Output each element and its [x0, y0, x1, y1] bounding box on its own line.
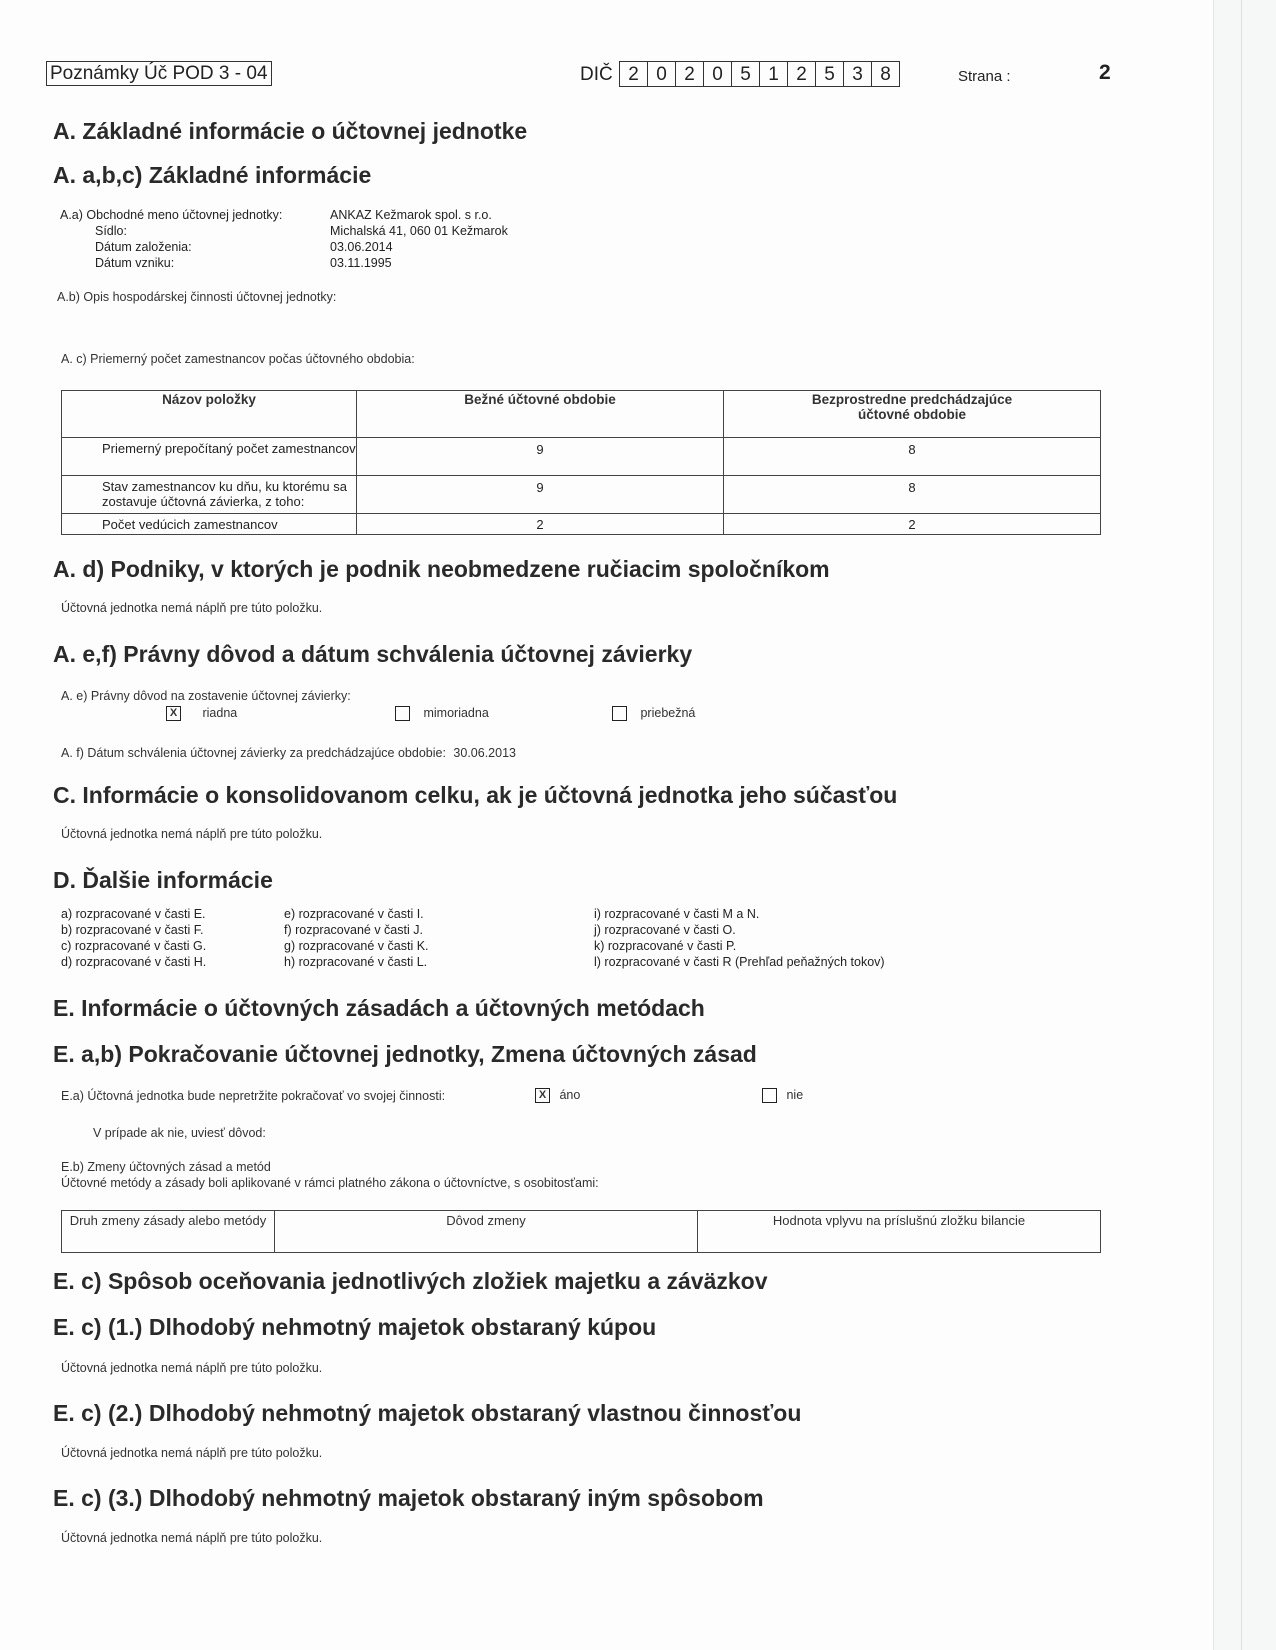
- section-e-title: E. Informácie o účtovných zásadách a účt…: [53, 995, 705, 1022]
- list-item: c) rozpracované v časti G.: [61, 938, 284, 954]
- info-label: Sídlo:: [60, 223, 330, 239]
- company-address: Michalská 41, 060 01 Kežmarok: [330, 223, 508, 239]
- column-header: Dôvod zmeny: [275, 1211, 698, 1253]
- checkbox-empty-icon[interactable]: [762, 1088, 777, 1103]
- company-name: ANKAZ Kežmarok spol. s r.o.: [330, 207, 492, 223]
- checkbox-empty-icon[interactable]: [395, 706, 410, 721]
- continuation-label: E.a) Účtovná jednotka bude nepretržite p…: [61, 1089, 445, 1103]
- dic-digit: 0: [704, 62, 732, 86]
- policy-changes-label: E.b) Zmeny účtovných zásad a metód: [61, 1160, 271, 1174]
- list-item: l) rozpracované v časti R (Prehľad peňaž…: [594, 954, 885, 970]
- dic-digit: 3: [844, 62, 872, 86]
- checkbox-empty-icon[interactable]: [612, 706, 627, 721]
- dic-number: 2 0 2 0 5 1 2 5 3 8: [619, 61, 900, 87]
- list-item: i) rozpracované v časti M a N.: [594, 906, 885, 922]
- table-header-row: Druh zmeny zásady alebo metódy Dôvod zme…: [62, 1211, 1101, 1253]
- approval-date-row: A. f) Dátum schválenia účtovnej závierky…: [61, 746, 516, 760]
- section-a-subtitle: A. a,b,c) Základné informácie: [53, 162, 371, 189]
- section-a-ef-title: A. e,f) Právny dôvod a dátum schválenia …: [53, 641, 692, 668]
- row-previous: 2: [724, 514, 1101, 535]
- checkbox-checked-icon[interactable]: X: [535, 1088, 550, 1103]
- policy-changes-text: Účtovné metódy a zásady boli aplikované …: [61, 1176, 599, 1190]
- option-label: priebežná: [640, 706, 695, 720]
- section-e-c1-title: E. c) (1.) Dlhodobý nehmotný majetok obs…: [53, 1314, 656, 1341]
- list-item: f) rozpracované v časti J.: [284, 922, 594, 938]
- dic-digit: 2: [788, 62, 816, 86]
- list-item: e) rozpracované v časti I.: [284, 906, 594, 922]
- row-name: Priemerný prepočítaný počet zamestnancov: [62, 438, 357, 476]
- founding-date: 03.06.2014: [330, 239, 393, 255]
- further-info-list: a) rozpracované v časti E. b) rozpracova…: [61, 906, 885, 970]
- option-label: mimoriadna: [423, 706, 488, 720]
- section-e-c2-title: E. c) (2.) Dlhodobý nehmotný majetok obs…: [53, 1400, 801, 1427]
- dic-label: DIČ: [580, 64, 613, 86]
- section-a-d-text: Účtovná jednotka nemá náplň pre túto pol…: [61, 601, 322, 615]
- dic-digit: 0: [648, 62, 676, 86]
- section-e-c-title: E. c) Spôsob oceňovania jednotlivých zlo…: [53, 1268, 768, 1295]
- option-nie[interactable]: nie: [762, 1088, 803, 1103]
- dic-digit: 2: [620, 62, 648, 86]
- section-c-text: Účtovná jednotka nemá náplň pre túto pol…: [61, 827, 322, 841]
- dic-digit: 5: [816, 62, 844, 86]
- column-header: Hodnota vplyvu na príslušnú zložku bilan…: [698, 1211, 1101, 1253]
- checkbox-checked-icon[interactable]: X: [166, 706, 181, 721]
- section-e-c3-text: Účtovná jednotka nemá náplň pre túto pol…: [61, 1531, 322, 1545]
- dic-digit: 1: [760, 62, 788, 86]
- dic-digit: 8: [872, 62, 899, 86]
- info-label: Dátum založenia:: [60, 239, 330, 255]
- row-name: Stav zamestnancov ku dňu, ku ktorému sa …: [62, 476, 357, 514]
- section-d-title: D. Ďalšie informácie: [53, 867, 273, 894]
- employees-table: Názov položky Bežné účtovné obdobie Bezp…: [61, 390, 1101, 535]
- policy-changes-table: Druh zmeny zásady alebo metódy Dôvod zme…: [61, 1210, 1101, 1253]
- option-label: nie: [786, 1088, 803, 1102]
- section-a-title: A. Základné informácie o účtovnej jednot…: [53, 118, 527, 145]
- row-current: 9: [357, 438, 724, 476]
- table-row: Priemerný prepočítaný počet zamestnancov…: [62, 438, 1101, 476]
- row-current: 9: [357, 476, 724, 514]
- option-ano[interactable]: X áno: [535, 1088, 580, 1103]
- scan-edge: [1213, 0, 1276, 1650]
- page-number: 2: [1099, 61, 1111, 85]
- section-e-c2-text: Účtovná jednotka nemá náplň pre túto pol…: [61, 1446, 322, 1460]
- option-priebezna[interactable]: priebežná: [612, 706, 695, 721]
- page-label: Strana :: [958, 68, 1011, 85]
- employees-label: A. c) Priemerný počet zamestnancov počas…: [61, 352, 415, 366]
- table-row: Stav zamestnancov ku dňu, ku ktorému sa …: [62, 476, 1101, 514]
- option-label: áno: [559, 1088, 580, 1102]
- form-code: Poznámky Úč POD 3 - 04: [46, 61, 272, 86]
- info-label: Dátum vzniku:: [60, 255, 330, 271]
- option-label: riadna: [202, 706, 237, 720]
- company-info: A.a) Obchodné meno účtovnej jednotky:ANK…: [60, 207, 508, 271]
- column-header: Bežné účtovné obdobie: [357, 391, 724, 438]
- row-previous: 8: [724, 476, 1101, 514]
- section-a-d-title: A. d) Podniky, v ktorých je podnik neobm…: [53, 556, 830, 583]
- column-header-text: Bezprostredne predchádzajúce účtovné obd…: [797, 392, 1027, 422]
- activity-label: A.b) Opis hospodárskej činnosti účtovnej…: [57, 290, 336, 304]
- section-e-ab-title: E. a,b) Pokračovanie účtovnej jednotky, …: [53, 1041, 757, 1068]
- legal-reason-label: A. e) Právny dôvod na zostavenie účtovne…: [61, 689, 351, 703]
- option-riadna[interactable]: X riadna: [166, 706, 237, 721]
- section-c-title: C. Informácie o konsolidovanom celku, ak…: [53, 782, 897, 809]
- list-item: k) rozpracované v časti P.: [594, 938, 885, 954]
- info-label: A.a) Obchodné meno účtovnej jednotky:: [60, 207, 330, 223]
- list-item: a) rozpracované v časti E.: [61, 906, 284, 922]
- section-e-c1-text: Účtovná jednotka nemá náplň pre túto pol…: [61, 1361, 322, 1375]
- origin-date: 03.11.1995: [330, 255, 392, 271]
- reason-label: V prípade ak nie, uviesť dôvod:: [93, 1126, 266, 1140]
- column-header: Bezprostredne predchádzajúce účtovné obd…: [724, 391, 1101, 438]
- approval-date-value: 30.06.2013: [453, 746, 516, 760]
- row-name: Počet vedúcich zamestnancov: [62, 514, 357, 535]
- dic-digit: 5: [732, 62, 760, 86]
- approval-date-label: A. f) Dátum schválenia účtovnej závierky…: [61, 746, 446, 760]
- row-current: 2: [357, 514, 724, 535]
- list-item: j) rozpracované v časti O.: [594, 922, 885, 938]
- section-e-c3-title: E. c) (3.) Dlhodobý nehmotný majetok obs…: [53, 1485, 764, 1512]
- dic-digit: 2: [676, 62, 704, 86]
- list-item: h) rozpracované v časti L.: [284, 954, 594, 970]
- column-header: Druh zmeny zásady alebo metódy: [62, 1211, 275, 1253]
- table-header-row: Názov položky Bežné účtovné obdobie Bezp…: [62, 391, 1101, 438]
- table-row: Počet vedúcich zamestnancov 2 2: [62, 514, 1101, 535]
- list-item: g) rozpracované v časti K.: [284, 938, 594, 954]
- column-header: Názov položky: [62, 391, 357, 438]
- row-previous: 8: [724, 438, 1101, 476]
- list-item: b) rozpracované v časti F.: [61, 922, 284, 938]
- list-item: d) rozpracované v časti H.: [61, 954, 284, 970]
- option-mimoriadna[interactable]: mimoriadna: [395, 706, 489, 721]
